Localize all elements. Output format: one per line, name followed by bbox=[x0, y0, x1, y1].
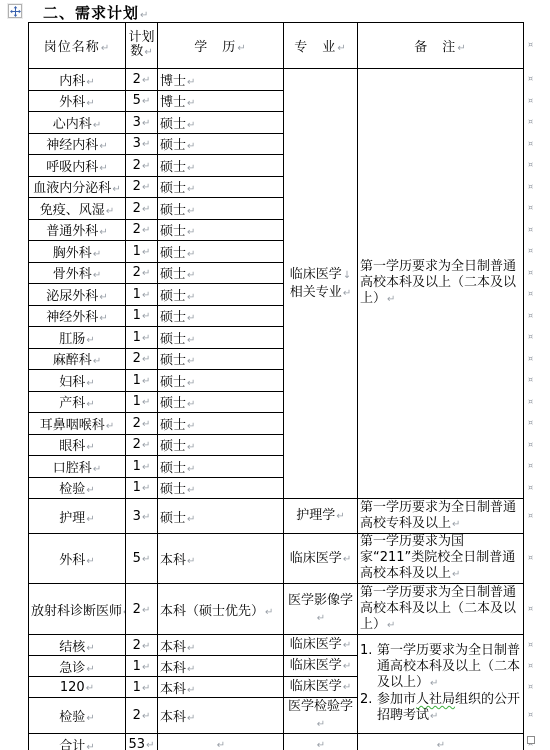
cell-position-name: 外科↵ bbox=[29, 534, 126, 584]
paragraph-mark: ↵ bbox=[86, 556, 94, 567]
cell-total-count-text: 53 bbox=[129, 737, 146, 750]
header-position-text: 岗位名称 bbox=[44, 40, 100, 55]
cell-empty-education: ↵ bbox=[158, 734, 284, 750]
cell-education-text: 博士 bbox=[160, 95, 186, 110]
cell-position-name-text: 内科 bbox=[59, 74, 85, 89]
table-row: 护理↵3↵硕士↵护理学↵第一学历要求为全日制普通高校专科及以上↵ bbox=[29, 499, 524, 534]
cell-education-text: 硕士 bbox=[160, 511, 186, 526]
end-of-row-mark: ¤ bbox=[528, 75, 533, 83]
cell-remark-text: 第一学历要求为全日制普通高校专科及以上 bbox=[360, 500, 516, 531]
cell-education: 硕士↵ bbox=[158, 133, 284, 155]
end-of-row-mark: ¤ bbox=[528, 662, 533, 670]
paragraph-mark: ↵ bbox=[187, 399, 195, 410]
cell-plan-count: 2↵ bbox=[126, 698, 158, 734]
cell-education-text: 本科 bbox=[160, 682, 186, 697]
paragraph-mark: ↵ bbox=[93, 120, 101, 131]
cell-education-text: 硕士 bbox=[160, 181, 186, 196]
header-remark: 备 注↵ bbox=[358, 23, 524, 69]
cell-major-text: 医学影像学 bbox=[288, 593, 353, 608]
paragraph-mark: ↵ bbox=[142, 440, 150, 451]
paragraph-mark: ↵ bbox=[140, 10, 149, 21]
cell-position-name: 产科↵ bbox=[29, 391, 126, 413]
cell-education: 硕士↵ bbox=[158, 219, 284, 241]
cell-position-name-text: 放射科诊断医师 bbox=[31, 604, 122, 619]
move-icon bbox=[10, 6, 21, 17]
cell-position-name: 外科↵ bbox=[29, 90, 126, 112]
paragraph-mark: ↵ bbox=[142, 268, 150, 279]
paragraph-mark: ↵ bbox=[142, 354, 150, 365]
remark-item-number: 1. bbox=[360, 643, 377, 692]
cell-position-name: 呼吸内科↵ bbox=[29, 155, 126, 177]
cell-education-text: 硕士 bbox=[160, 138, 186, 153]
cell-major: 临床医学↵ bbox=[284, 534, 358, 584]
cell-education: 本科↵ bbox=[158, 635, 284, 656]
cell-position-name-text: 护理 bbox=[59, 511, 85, 526]
cell-major-text: 临床医学 bbox=[290, 637, 342, 652]
cell-remark: 第一学历要求为国家“211”类院校全日制普通高校本科及以上↵ bbox=[358, 534, 524, 584]
end-of-row-mark: ¤ bbox=[528, 183, 533, 191]
paragraph-mark: ↵ bbox=[452, 569, 460, 580]
cell-position-name-text: 麻醉科 bbox=[53, 353, 92, 368]
cell-remark-text: 第一学历要求为国家“211”类院校全日制普通高校本科及以上 bbox=[360, 534, 515, 581]
paragraph-mark: ↵ bbox=[217, 740, 225, 750]
cell-major-merged: 临床医学↓相关专业↵ bbox=[284, 69, 358, 499]
cell-education-text: 硕士 bbox=[160, 418, 186, 433]
cell-major-text: 医学检验学 bbox=[288, 699, 353, 714]
cell-position-name-text: 检验 bbox=[59, 482, 85, 497]
cell-plan-count: 2↵ bbox=[126, 198, 158, 220]
paragraph-mark: ↵ bbox=[237, 43, 246, 54]
paragraph-mark: ↵ bbox=[142, 483, 150, 494]
paragraph-mark: ↵ bbox=[146, 740, 154, 750]
paragraph-mark: ↵ bbox=[86, 378, 94, 389]
cell-education: 博士↵ bbox=[158, 69, 284, 91]
cell-education: 硕士↵ bbox=[158, 198, 284, 220]
cell-position-name: 护理↵ bbox=[29, 499, 126, 534]
cell-plan-count-text: 1 bbox=[133, 459, 141, 474]
paragraph-mark: ↵ bbox=[142, 118, 150, 129]
paragraph-mark: ↵ bbox=[99, 292, 107, 303]
cell-position-name-text: 产科 bbox=[59, 396, 85, 411]
paragraph-mark: ↵ bbox=[187, 335, 195, 346]
paragraph-mark: ↵ bbox=[187, 292, 195, 303]
paragraph-mark: ↵ bbox=[99, 141, 107, 152]
cell-remark-merged: 第一学历要求为全日制普通高校本科及以上（二本及以上）↵ bbox=[358, 69, 524, 499]
paragraph-mark: ↵ bbox=[142, 662, 150, 673]
paragraph-mark: ↵ bbox=[106, 421, 114, 432]
paragraph-mark: ↵ bbox=[187, 356, 195, 367]
end-of-row-mark: ¤ bbox=[528, 226, 533, 234]
cell-position-name: 检验↵ bbox=[29, 477, 126, 499]
cell-education-text: 硕士 bbox=[160, 310, 186, 325]
paragraph-mark: ↵ bbox=[86, 485, 94, 496]
paragraph-mark: ↵ bbox=[86, 335, 94, 346]
cell-position-name-text: 外科 bbox=[59, 553, 85, 568]
table-row: 合计↵53↵↵↵↵ bbox=[29, 734, 524, 750]
paragraph-mark: ↵ bbox=[187, 464, 195, 475]
cell-position-name: 神经外科↵ bbox=[29, 305, 126, 327]
cell-total-label-text: 合计 bbox=[59, 739, 85, 750]
cell-major: 临床医学↵ bbox=[284, 677, 358, 698]
cell-education-text: 硕士 bbox=[160, 246, 186, 261]
cell-remark-merged-text: 第一学历要求为全日制普通高校本科及以上（二本及以上） bbox=[360, 259, 516, 306]
end-of-row-mark: ¤ bbox=[528, 247, 533, 255]
cell-education: 硕士↵ bbox=[158, 284, 284, 306]
cell-education-text: 本科 bbox=[160, 640, 186, 655]
table-move-handle[interactable] bbox=[8, 4, 22, 18]
cell-plan-count: 1↵ bbox=[126, 370, 158, 392]
paragraph-mark: ↵ bbox=[142, 605, 150, 616]
cell-plan-count: 1↵ bbox=[126, 327, 158, 349]
end-of-row-mark: ¤ bbox=[528, 312, 533, 320]
paragraph-mark: ↵ bbox=[99, 227, 107, 238]
cell-position-name-text: 口腔科 bbox=[53, 461, 92, 476]
cell-empty-major: ↵ bbox=[284, 734, 358, 750]
paragraph-mark: ↵ bbox=[317, 613, 325, 624]
cell-plan-count: 5↵ bbox=[126, 534, 158, 584]
cell-education-text: 本科（硕士优先） bbox=[160, 604, 264, 619]
cell-major: 医学检验学↵ bbox=[284, 698, 358, 734]
paragraph-mark: ↵ bbox=[317, 719, 325, 730]
paragraph-mark: ↵ bbox=[317, 740, 325, 750]
paragraph-mark: ↵ bbox=[142, 75, 150, 86]
cell-major-text: 临床医学 bbox=[290, 658, 342, 673]
cell-major-text: 护理学 bbox=[296, 508, 335, 523]
paragraph-mark: ↵ bbox=[187, 120, 195, 131]
cell-position-name-text: 血液内分泌科 bbox=[33, 181, 111, 196]
cell-plan-count: 1↵ bbox=[126, 391, 158, 413]
header-major-text: 专 业 bbox=[294, 40, 336, 55]
header-education-text: 学 历 bbox=[194, 40, 236, 55]
end-of-row-mark: ¤ bbox=[528, 161, 533, 169]
cell-position-name-text: 泌尿外科 bbox=[46, 289, 98, 304]
cell-education-text: 硕士 bbox=[160, 224, 186, 239]
cell-education: 硕士↵ bbox=[158, 477, 284, 499]
paragraph-mark: ↵ bbox=[187, 485, 195, 496]
cell-position-name: 心内科↵ bbox=[29, 112, 126, 134]
paragraph-mark: ↵ bbox=[187, 664, 195, 675]
cell-plan-count: 1↵ bbox=[126, 305, 158, 327]
end-of-row-mark: ¤ bbox=[528, 683, 533, 691]
paragraph-mark: ↵ bbox=[187, 685, 195, 696]
cell-plan-count-text: 2 bbox=[133, 222, 141, 237]
paragraph-mark: ↵ bbox=[142, 139, 150, 150]
paragraph-mark: ↵ bbox=[336, 511, 344, 522]
paragraph-mark: ↵ bbox=[142, 397, 150, 408]
cell-plan-count: 2↵ bbox=[126, 348, 158, 370]
cell-education-text: 本科 bbox=[160, 553, 186, 568]
major-line-2: 相关专业 bbox=[290, 285, 342, 300]
remark-item-number: 2. bbox=[360, 692, 377, 725]
cell-major: 医学影像学↵ bbox=[284, 584, 358, 635]
cell-plan-count-text: 2 bbox=[133, 638, 141, 653]
paragraph-mark: ↵ bbox=[187, 442, 195, 453]
cell-position-name: 内科↵ bbox=[29, 69, 126, 91]
end-of-row-mark: ¤ bbox=[528, 441, 533, 449]
end-of-row-mark: ¤ bbox=[528, 118, 533, 126]
cell-remark-list: 1.第一学历要求为全日制普通高校本科及以上（二本及以上）↵2.参加市人社局组织的… bbox=[358, 635, 524, 734]
end-of-row-mark: ¤ bbox=[528, 140, 533, 148]
cell-plan-count-text: 2 bbox=[133, 708, 141, 723]
cell-plan-count-text: 2 bbox=[133, 265, 141, 280]
end-of-row-mark: ¤ bbox=[528, 641, 533, 649]
cell-position-name-text: 120 bbox=[60, 680, 85, 695]
paragraph-mark: ↵ bbox=[86, 643, 94, 654]
cell-education-text: 硕士 bbox=[160, 396, 186, 411]
paragraph-mark: ↵ bbox=[142, 182, 150, 193]
paragraph-mark: ↵ bbox=[187, 249, 195, 260]
paragraph-mark: ↵ bbox=[142, 204, 150, 215]
cell-plan-count: 1↵ bbox=[126, 656, 158, 677]
paragraph-mark: ↵ bbox=[187, 163, 195, 174]
cell-education: 硕士↵ bbox=[158, 370, 284, 392]
paragraph-mark: ↵ bbox=[430, 711, 438, 722]
cell-position-name: 肛肠↵ bbox=[29, 327, 126, 349]
cell-position-name: 骨外科↵ bbox=[29, 262, 126, 284]
cell-education-text: 本科 bbox=[160, 661, 186, 676]
end-of-row-mark: ¤ bbox=[528, 355, 533, 363]
header-major: 专 业↵ bbox=[284, 23, 358, 69]
cell-education: 本科↵ bbox=[158, 656, 284, 677]
cell-plan-count: 1↵ bbox=[126, 477, 158, 499]
cell-position-name-text: 肛肠 bbox=[59, 332, 85, 347]
cell-education: 本科↵ bbox=[158, 534, 284, 584]
cell-position-name-text: 妇科 bbox=[59, 375, 85, 390]
paragraph-mark: ↵ bbox=[187, 184, 195, 195]
paragraph-mark: ↵ bbox=[343, 661, 351, 672]
cell-plan-count-text: 3 bbox=[133, 509, 141, 524]
cell-plan-count-text: 2 bbox=[133, 201, 141, 216]
paragraph-mark: ↵ bbox=[187, 98, 195, 109]
remark-list-item: 1.第一学历要求为全日制普通高校本科及以上（二本及以上）↵ bbox=[360, 643, 521, 692]
cell-education-text: 硕士 bbox=[160, 203, 186, 218]
paragraph-mark: ↵ bbox=[101, 43, 110, 54]
paragraph-mark: ↵ bbox=[187, 227, 195, 238]
cell-remark-text: 第一学历要求为全日制普通高校本科及以上（二本及以上） bbox=[360, 585, 516, 632]
cell-position-name: 放射科诊断医师↵ bbox=[29, 584, 126, 635]
header-plan-count: 计划数↵ bbox=[126, 23, 158, 69]
cell-education-text: 硕士 bbox=[160, 267, 186, 282]
paragraph-mark: ↵ bbox=[142, 419, 150, 430]
cell-major: 临床医学↵ bbox=[284, 656, 358, 677]
paragraph-mark: ↵ bbox=[142, 290, 150, 301]
cell-position-name: 麻醉科↵ bbox=[29, 348, 126, 370]
cell-plan-count-text: 5 bbox=[133, 551, 141, 566]
paragraph-mark: ↵ bbox=[93, 249, 101, 260]
cell-position-name-text: 呼吸内科 bbox=[46, 160, 98, 175]
end-of-row-mark: ¤ bbox=[528, 512, 533, 520]
paragraph-mark: ↵ bbox=[142, 641, 150, 652]
end-of-row-mark: ¤ bbox=[528, 605, 533, 613]
paragraph-mark: ↵ bbox=[99, 313, 107, 324]
document-page: 二、需求计划↵ 岗位名称↵计划数↵学 历↵专 业↵备 注↵内科↵2↵博士↵临床医… bbox=[0, 0, 550, 750]
paragraph-mark: ↵ bbox=[144, 47, 152, 58]
end-of-row-mark: ¤ bbox=[528, 419, 533, 427]
paragraph-mark: ↵ bbox=[86, 683, 94, 694]
paragraph-mark: ↵ bbox=[343, 640, 351, 651]
cell-plan-count-text: 1 bbox=[133, 680, 141, 695]
paragraph-mark: ↵ bbox=[187, 77, 195, 88]
end-of-row-mark: ¤ bbox=[528, 97, 533, 105]
cell-education-text: 硕士 bbox=[160, 160, 186, 175]
cell-education-text: 硕士 bbox=[160, 332, 186, 347]
paragraph-mark: ↵ bbox=[142, 711, 150, 722]
cell-position-name-text: 眼科 bbox=[59, 439, 85, 454]
cell-plan-count-text: 2 bbox=[133, 437, 141, 452]
paragraph-mark: ↵ bbox=[142, 462, 150, 473]
cell-position-name: 眼科↵ bbox=[29, 434, 126, 456]
major-line-1: 临床医学 bbox=[290, 267, 342, 282]
cell-education: 硕士↵ bbox=[158, 262, 284, 284]
paragraph-mark: ↵ bbox=[187, 514, 195, 525]
cell-remark: 第一学历要求为全日制普通高校本科及以上（二本及以上）↵ bbox=[358, 584, 524, 635]
cell-position-name: 检验↵ bbox=[29, 698, 126, 734]
paragraph-mark: ↵ bbox=[86, 399, 94, 410]
paragraph-mark: ↵ bbox=[187, 713, 195, 724]
table-resize-handle[interactable] bbox=[527, 736, 535, 744]
paragraph-mark: ↵ bbox=[86, 664, 94, 675]
cell-position-name: 妇科↵ bbox=[29, 370, 126, 392]
cell-plan-count: 3↵ bbox=[126, 112, 158, 134]
paragraph-mark: ↵ bbox=[86, 742, 94, 750]
cell-plan-count: 2↵ bbox=[126, 176, 158, 198]
cell-education: 博士↵ bbox=[158, 90, 284, 112]
cell-major: 临床医学↵ bbox=[284, 635, 358, 656]
cell-position-name: 免疫、风湿↵ bbox=[29, 198, 126, 220]
cell-education: 硕士↵ bbox=[158, 176, 284, 198]
cell-plan-count-text: 1 bbox=[133, 480, 141, 495]
cell-plan-count-text: 2 bbox=[133, 179, 141, 194]
cell-remark: 第一学历要求为全日制普通高校专科及以上↵ bbox=[358, 499, 524, 534]
cell-position-name-text: 神经内科 bbox=[46, 138, 98, 153]
cell-plan-count: 3↵ bbox=[126, 133, 158, 155]
end-of-row-mark: ¤ bbox=[528, 376, 533, 384]
cell-plan-count: 2↵ bbox=[126, 584, 158, 635]
cell-plan-count-text: 2 bbox=[133, 416, 141, 431]
cell-position-name-text: 神经外科 bbox=[46, 310, 98, 325]
paragraph-mark: ↵ bbox=[99, 163, 107, 174]
paragraph-mark: ↵ bbox=[86, 442, 94, 453]
cell-education-text: 硕士 bbox=[160, 353, 186, 368]
cell-empty-remark: ↵ bbox=[358, 734, 524, 750]
paragraph-mark: ↵ bbox=[93, 464, 101, 475]
cell-education: 硕士↵ bbox=[158, 413, 284, 435]
paragraph-mark: ↵ bbox=[86, 77, 94, 88]
cell-position-name: 口腔科↵ bbox=[29, 456, 126, 478]
cell-plan-count: 5↵ bbox=[126, 90, 158, 112]
cell-plan-count: 2↵ bbox=[126, 434, 158, 456]
cell-position-name-text: 外科 bbox=[59, 95, 85, 110]
cell-education: 硕士↵ bbox=[158, 155, 284, 177]
cell-plan-count-text: 2 bbox=[133, 351, 141, 366]
end-of-row-mark: ¤ bbox=[528, 204, 533, 212]
cell-plan-count: 2↵ bbox=[126, 413, 158, 435]
cell-education: 硕士↵ bbox=[158, 391, 284, 413]
cell-plan-count-text: 5 bbox=[133, 93, 141, 108]
paragraph-mark: ↵ bbox=[437, 740, 445, 750]
cell-education: 硕士↵ bbox=[158, 241, 284, 263]
cell-position-name-text: 心内科 bbox=[53, 117, 92, 132]
remark-item-text: 参加市人社局组织的公开招聘考试↵ bbox=[377, 692, 521, 725]
cell-education: 本科↵ bbox=[158, 698, 284, 734]
paragraph-mark: ↵ bbox=[106, 206, 114, 217]
table-row: 外科↵5↵本科↵临床医学↵第一学历要求为国家“211”类院校全日制普通高校本科及… bbox=[29, 534, 524, 584]
cell-plan-count-text: 3 bbox=[133, 115, 141, 130]
paragraph-mark: ↵ bbox=[187, 270, 195, 281]
cell-position-name: 胸外科↵ bbox=[29, 241, 126, 263]
cell-education-text: 硕士 bbox=[160, 482, 186, 497]
paragraph-mark: ↵ bbox=[265, 607, 273, 618]
header-remark-text: 备 注 bbox=[414, 40, 456, 55]
end-of-row-mark: ¤ bbox=[528, 41, 533, 49]
cell-plan-count-text: 1 bbox=[133, 244, 141, 259]
paragraph-mark: ↵ bbox=[452, 519, 460, 530]
cell-plan-count: 1↵ bbox=[126, 284, 158, 306]
header-position: 岗位名称↵ bbox=[29, 23, 126, 69]
cell-education: 硕士↵ bbox=[158, 305, 284, 327]
end-of-row-mark: ¤ bbox=[528, 398, 533, 406]
table-row: 内科↵2↵博士↵临床医学↓相关专业↵第一学历要求为全日制普通高校本科及以上（二本… bbox=[29, 69, 524, 91]
paragraph-mark: ↵ bbox=[187, 206, 195, 217]
paragraph-mark: ↵ bbox=[93, 356, 101, 367]
paragraph-mark: ↵ bbox=[387, 620, 395, 631]
cell-position-name: 血液内分泌科↵ bbox=[29, 176, 126, 198]
cell-position-name-text: 急诊 bbox=[59, 661, 85, 676]
paragraph-mark: ↵ bbox=[86, 713, 94, 724]
cell-education-text: 本科 bbox=[160, 710, 186, 725]
paragraph-mark: ↵ bbox=[142, 376, 150, 387]
paragraph-mark: ↵ bbox=[430, 678, 438, 689]
cell-plan-count-text: 1 bbox=[133, 308, 141, 323]
end-of-row-mark: ¤ bbox=[528, 484, 533, 492]
paragraph-mark: ↵ bbox=[343, 682, 351, 693]
paragraph-mark: ↵ bbox=[387, 294, 395, 305]
cell-education-text: 硕士 bbox=[160, 117, 186, 132]
paragraph-mark: ↵ bbox=[187, 421, 195, 432]
cell-education: 硕士↵ bbox=[158, 327, 284, 349]
cell-education-text: 硕士 bbox=[160, 439, 186, 454]
cell-plan-count-text: 2 bbox=[133, 72, 141, 87]
header-education: 学 历↵ bbox=[158, 23, 284, 69]
cell-position-name: 耳鼻咽喉科↵ bbox=[29, 413, 126, 435]
paragraph-mark: ↵ bbox=[142, 683, 150, 694]
line-break-mark: ↓ bbox=[343, 270, 351, 281]
cell-education: 硕士↵ bbox=[158, 112, 284, 134]
paragraph-mark: ↵ bbox=[187, 556, 195, 567]
paragraph-mark: ↵ bbox=[142, 554, 150, 565]
cell-total-label: 合计↵ bbox=[29, 734, 126, 750]
paragraph-mark: ↵ bbox=[142, 96, 150, 107]
cell-plan-count-text: 1 bbox=[133, 373, 141, 388]
cell-position-name: 普通外科↵ bbox=[29, 219, 126, 241]
cell-plan-count-text: 3 bbox=[133, 136, 141, 151]
paragraph-mark: ↵ bbox=[187, 378, 195, 389]
cell-education-text: 博士 bbox=[160, 74, 186, 89]
cell-plan-count: 1↵ bbox=[126, 241, 158, 263]
cell-plan-count: 1↵ bbox=[126, 456, 158, 478]
cell-education: 本科↵ bbox=[158, 677, 284, 698]
cell-education: 硕士↵ bbox=[158, 348, 284, 370]
cell-plan-count: 2↵ bbox=[126, 262, 158, 284]
paragraph-mark: ↵ bbox=[187, 643, 195, 654]
cell-plan-count: 2↵ bbox=[126, 635, 158, 656]
end-of-row-mark: ¤ bbox=[528, 333, 533, 341]
end-of-row-mark: ¤ bbox=[528, 290, 533, 298]
cell-major-text: 临床医学 bbox=[290, 551, 342, 566]
end-of-row-mark: ¤ bbox=[528, 711, 533, 719]
table-row: 放射科诊断医师↵2↵本科（硕士优先）↵医学影像学↵第一学历要求为全日制普通高校本… bbox=[29, 584, 524, 635]
paragraph-mark: ↵ bbox=[86, 514, 94, 525]
